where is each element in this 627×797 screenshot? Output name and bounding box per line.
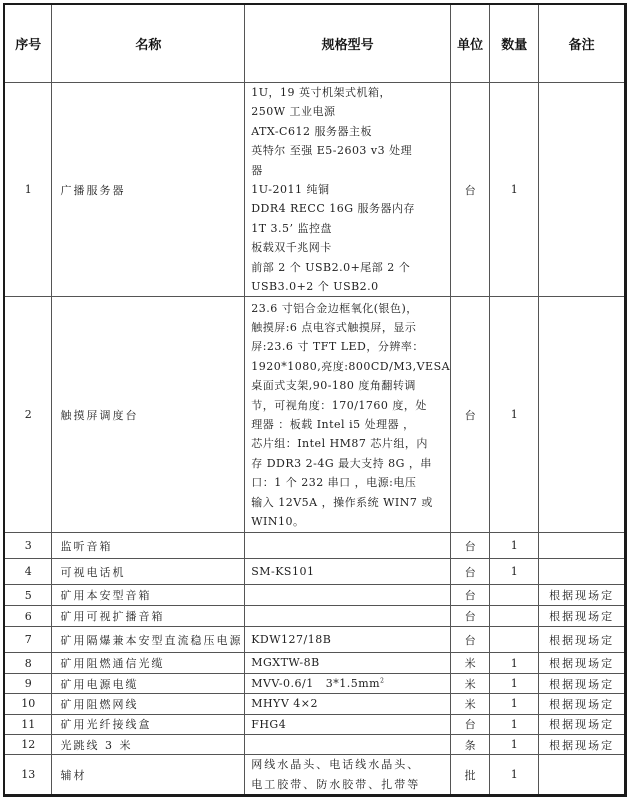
cell-unit: 台 <box>451 83 490 297</box>
table-row: 6 矿用可视扩播音箱 台 根据现场定 <box>4 606 626 627</box>
spec-line: WIN10。 <box>251 512 450 531</box>
header-name: 名称 <box>52 4 245 83</box>
cell-note: 根据现场定 <box>539 627 626 653</box>
header-qty: 数量 <box>490 4 539 83</box>
cell-qty: 1 <box>490 694 539 714</box>
spec-line: 板载双千兆网卡 <box>251 238 450 257</box>
cell-unit: 台 <box>451 714 490 734</box>
cell-note <box>539 559 626 585</box>
cell-no: 6 <box>4 606 52 627</box>
cell-spec: MHYV 4×2 <box>245 694 451 714</box>
cell-note <box>539 297 626 533</box>
cell-spec: FHG4 <box>245 714 451 734</box>
cell-note <box>539 755 626 796</box>
cell-unit: 台 <box>451 606 490 627</box>
cell-no: 1 <box>4 83 52 297</box>
cell-note: 根据现场定 <box>539 673 626 693</box>
cell-qty: 1 <box>490 714 539 734</box>
cell-qty: 1 <box>490 653 539 673</box>
table-row: 13 辅材 网线水晶头、电话线水晶头、 电工胶带、防水胶带、扎带等 批 1 <box>4 755 626 796</box>
table-row: 3 监听音箱 台 1 <box>4 533 626 559</box>
cell-no: 3 <box>4 533 52 559</box>
header-unit: 单位 <box>451 4 490 83</box>
spec-line: 1U，19 英寸机架式机箱， <box>251 83 450 102</box>
cell-qty <box>490 627 539 653</box>
table-row: 7 矿用隔爆兼本安型直流稳压电源 KDW127/18B 台 根据现场定 <box>4 627 626 653</box>
spec-line: 输入 12V5A ，操作系统 WIN7 或 <box>251 493 450 512</box>
cell-unit: 台 <box>451 297 490 533</box>
table-row: 4 可视电话机 SM-KS101 台 1 <box>4 559 626 585</box>
cell-unit: 米 <box>451 694 490 714</box>
header-note: 备注 <box>539 4 626 83</box>
cell-spec: 网线水晶头、电话线水晶头、 电工胶带、防水胶带、扎带等 <box>245 755 451 796</box>
cell-name: 矿用光纤接线盒 <box>52 714 245 734</box>
cell-spec: 23.6 寸铝合金边框氧化(银色)， 触摸屏:6 点电容式触摸屏，显示 屏:23… <box>245 297 451 533</box>
cell-spec <box>245 735 451 755</box>
cell-qty <box>490 585 539 606</box>
cell-unit: 批 <box>451 755 490 796</box>
cell-note: 根据现场定 <box>539 606 626 627</box>
cell-name: 辅材 <box>52 755 245 796</box>
cell-spec: MGXTW-8B <box>245 653 451 673</box>
spec-line: 23.6 寸铝合金边框氧化(银色)， <box>251 299 450 318</box>
spec-line: 存 DDR3 2-4G 最大支持 8G ，串 <box>251 454 450 473</box>
spec-line: ATX-C612 服务器主板 <box>251 122 450 141</box>
cell-qty: 1 <box>490 533 539 559</box>
header-row: 序号 名称 规格型号 单位 数量 备注 <box>4 4 626 83</box>
cell-note: 根据现场定 <box>539 585 626 606</box>
spec-line: 电工胶带、防水胶带、扎带等 <box>251 775 450 794</box>
spec-line: 英特尔 至强 E5-2603 v3 处理 <box>251 141 450 160</box>
cell-spec: KDW127/18B <box>245 627 451 653</box>
cell-no: 13 <box>4 755 52 796</box>
cell-unit: 米 <box>451 673 490 693</box>
cell-note: 根据现场定 <box>539 653 626 673</box>
cell-qty: 1 <box>490 559 539 585</box>
spec-line: 桌面式支架,90-180 度角翻转调 <box>251 376 450 395</box>
cell-name: 矿用电源电缆 <box>52 673 245 693</box>
cell-no: 10 <box>4 694 52 714</box>
spec-line: 前部 2 个 USB2.0+尾部 2 个 <box>251 258 450 277</box>
cell-spec: MVV-0.6/1 3*1.5mm2 <box>245 673 451 693</box>
cell-name: 矿用阻燃网线 <box>52 694 245 714</box>
spec-line: 1U-2011 纯铜 <box>251 180 450 199</box>
cell-unit: 台 <box>451 627 490 653</box>
cell-name: 光跳线 3 米 <box>52 735 245 755</box>
cell-qty: 1 <box>490 297 539 533</box>
cell-note <box>539 533 626 559</box>
cell-note: 根据现场定 <box>539 694 626 714</box>
cell-no: 7 <box>4 627 52 653</box>
header-spec: 规格型号 <box>245 4 451 83</box>
cell-name: 可视电话机 <box>52 559 245 585</box>
cell-spec <box>245 533 451 559</box>
table-row: 5 矿用本安型音箱 台 根据现场定 <box>4 585 626 606</box>
cell-no: 8 <box>4 653 52 673</box>
spec-line: 网线水晶头、电话线水晶头、 <box>251 755 450 774</box>
cell-no: 11 <box>4 714 52 734</box>
cell-unit: 台 <box>451 559 490 585</box>
header-no: 序号 <box>4 4 52 83</box>
cell-spec <box>245 585 451 606</box>
cell-note: 根据现场定 <box>539 735 626 755</box>
cell-qty: 1 <box>490 673 539 693</box>
spec-line: 口：1 个 232 串口 ，电源:电压 <box>251 473 450 492</box>
table-row: 10 矿用阻燃网线 MHYV 4×2 米 1 根据现场定 <box>4 694 626 714</box>
spec-line: 节，可视角度：170/1760 度，处 <box>251 396 450 415</box>
cell-name: 触摸屏调度台 <box>52 297 245 533</box>
cell-name: 监听音箱 <box>52 533 245 559</box>
cell-name: 矿用本安型音箱 <box>52 585 245 606</box>
cell-spec: 1U，19 英寸机架式机箱， 250W 工业电源 ATX-C612 服务器主板 … <box>245 83 451 297</box>
spec-line: 器 <box>251 161 450 180</box>
spec-line: 1T 3.5’ 监控盘 <box>251 219 450 238</box>
spec-line: 理器 ：板载 Intel i5 处理器 ， <box>251 415 450 434</box>
table-row: 9 矿用电源电缆 MVV-0.6/1 3*1.5mm2 米 1 根据现场定 <box>4 673 626 693</box>
cell-no: 12 <box>4 735 52 755</box>
cell-unit: 条 <box>451 735 490 755</box>
cell-name: 矿用可视扩播音箱 <box>52 606 245 627</box>
spec-line: 触摸屏:6 点电容式触摸屏，显示 <box>251 318 450 337</box>
cell-qty: 1 <box>490 755 539 796</box>
cell-spec <box>245 606 451 627</box>
spec-text: MVV-0.6/1 3*1.5mm <box>251 677 380 690</box>
spec-line: 屏:23.6 寸 TFT LED，分辨率： <box>251 337 450 356</box>
spec-line: DDR4 RECC 16G 服务器内存 <box>251 199 450 218</box>
cell-no: 9 <box>4 673 52 693</box>
cell-unit: 米 <box>451 653 490 673</box>
cell-unit: 台 <box>451 585 490 606</box>
table-row: 11 矿用光纤接线盒 FHG4 台 1 根据现场定 <box>4 714 626 734</box>
cell-unit: 台 <box>451 533 490 559</box>
spec-line: 芯片组：Intel HM87 芯片组，内 <box>251 434 450 453</box>
cell-note: 根据现场定 <box>539 714 626 734</box>
spec-line: USB3.0+2 个 USB2.0 <box>251 277 450 296</box>
cell-spec: SM-KS101 <box>245 559 451 585</box>
cell-qty: 1 <box>490 83 539 297</box>
cell-name: 矿用阻燃通信光缆 <box>52 653 245 673</box>
equipment-list-table: 序号 名称 规格型号 单位 数量 备注 1 广播服务器 1U，19 英寸机架式机… <box>3 3 627 797</box>
cell-no: 2 <box>4 297 52 533</box>
cell-qty <box>490 606 539 627</box>
cell-name: 矿用隔爆兼本安型直流稳压电源 <box>52 627 245 653</box>
table-row: 1 广播服务器 1U，19 英寸机架式机箱， 250W 工业电源 ATX-C61… <box>4 83 626 297</box>
cell-no: 5 <box>4 585 52 606</box>
cell-note <box>539 83 626 297</box>
spec-line: 1920*1080,亮度:800CD/M3,VESA <box>251 357 450 376</box>
table-row: 12 光跳线 3 米 条 1 根据现场定 <box>4 735 626 755</box>
cell-no: 4 <box>4 559 52 585</box>
spec-line: 250W 工业电源 <box>251 102 450 121</box>
table-row: 2 触摸屏调度台 23.6 寸铝合金边框氧化(银色)， 触摸屏:6 点电容式触摸… <box>4 297 626 533</box>
cell-name: 广播服务器 <box>52 83 245 297</box>
table-row: 8 矿用阻燃通信光缆 MGXTW-8B 米 1 根据现场定 <box>4 653 626 673</box>
superscript: 2 <box>380 677 384 684</box>
cell-qty: 1 <box>490 735 539 755</box>
